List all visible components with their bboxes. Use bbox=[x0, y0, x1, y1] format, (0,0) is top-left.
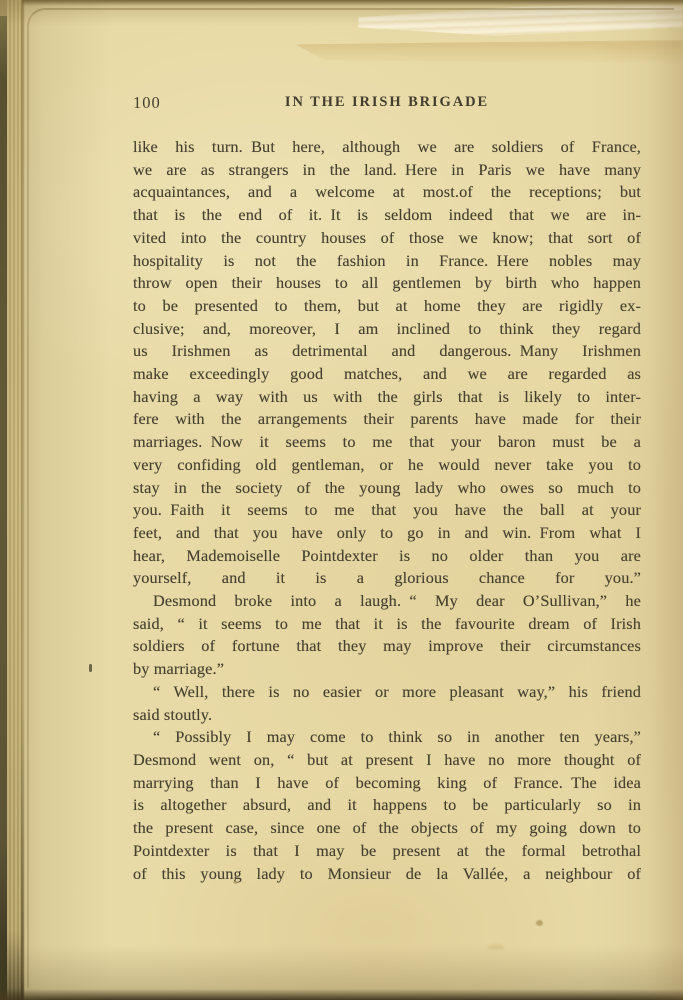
text-line: make exceedingly good matches, and we ar… bbox=[133, 363, 641, 386]
paper-smudge bbox=[488, 944, 504, 950]
text-line: Desmond went on, “ but at present I have… bbox=[133, 749, 641, 772]
text-line: marriages. Now it seems to me that your … bbox=[133, 431, 641, 454]
text-line: very confiding old gentleman, or he woul… bbox=[133, 454, 641, 477]
text-line: “ Well, there is no easier or more pleas… bbox=[133, 681, 641, 704]
text-line: that is the end of it. It is seldom inde… bbox=[133, 204, 641, 227]
text-line: yourself, and it is a glorious chance fo… bbox=[133, 567, 641, 590]
paragraph: “ Possibly I may come to think so in ano… bbox=[133, 726, 641, 885]
text-line: Desmond broke into a laugh. “ My dear O’… bbox=[133, 590, 641, 613]
book-spine bbox=[0, 0, 7, 1000]
text-line: by marriage.” bbox=[133, 658, 641, 681]
paragraph: Desmond broke into a laugh. “ My dear O’… bbox=[133, 590, 641, 681]
text-line: said stoutly. bbox=[133, 704, 641, 727]
text-line: you. Faith it seems to me that you have … bbox=[133, 499, 641, 522]
text-column: 100 IN THE IRISH BRIGADE like his turn. … bbox=[133, 93, 641, 885]
foxing-spot bbox=[233, 881, 238, 884]
text-line: clusive; and, moreover, I am inclined to… bbox=[133, 318, 641, 341]
top-edge-shadow bbox=[0, 0, 683, 6]
text-line: like his turn. But here, although we are… bbox=[133, 136, 641, 159]
text-line: acquaintances, and a welcome at most.of … bbox=[133, 181, 641, 204]
text-line: having a way with us with the girls that… bbox=[133, 386, 641, 409]
text-line: of this young lady to Monsieur de la Val… bbox=[133, 863, 641, 886]
text-line: said, “ it seems to me that it is the fa… bbox=[133, 613, 641, 636]
text-line: soldiers of fortune that they may improv… bbox=[133, 635, 641, 658]
running-header: 100 IN THE IRISH BRIGADE bbox=[133, 93, 641, 115]
ink-speck bbox=[89, 664, 92, 672]
text-line: is altogether absurd, and it happens to … bbox=[133, 794, 641, 817]
text-line: throw open their houses to all gentlemen… bbox=[133, 272, 641, 295]
page-edges-top bbox=[358, 3, 683, 45]
text-line: the present case, since one of the objec… bbox=[133, 817, 641, 840]
text-line: Pointdexter is that I may be present at … bbox=[133, 840, 641, 863]
gutter-groove bbox=[21, 0, 24, 1000]
text-line: stay in the society of the young lady wh… bbox=[133, 477, 641, 500]
text-line: “ Possibly I may come to think so in ano… bbox=[133, 726, 641, 749]
book-page-scan: 100 IN THE IRISH BRIGADE like his turn. … bbox=[0, 0, 683, 1000]
text-line: we are as strangers in the land. Here in… bbox=[133, 159, 641, 182]
running-title: IN THE IRISH BRIGADE bbox=[133, 94, 641, 111]
body-text: like his turn. But here, although we are… bbox=[133, 136, 641, 885]
page-stack-edge bbox=[7, 0, 22, 1000]
bottom-edge-shadow bbox=[0, 989, 683, 1000]
text-line: to be presented to them, but at home the… bbox=[133, 295, 641, 318]
text-line: us Irishmen as detrimental and dangerous… bbox=[133, 340, 641, 363]
fore-edge-streak bbox=[295, 40, 683, 64]
text-line: hospitality is not the fashion in France… bbox=[133, 250, 641, 273]
text-line: fere with the arrangements their parents… bbox=[133, 408, 641, 431]
foxing-spot bbox=[536, 920, 543, 926]
text-line: feet, and that you have only to go in an… bbox=[133, 522, 641, 545]
text-line: hear, Mademoiselle Pointdexter is no old… bbox=[133, 545, 641, 568]
text-line: vited into the country houses of those w… bbox=[133, 227, 641, 250]
text-line: marrying than I have of becoming king of… bbox=[133, 772, 641, 795]
paragraph: like his turn. But here, although we are… bbox=[133, 136, 641, 590]
paragraph: “ Well, there is no easier or more pleas… bbox=[133, 681, 641, 726]
